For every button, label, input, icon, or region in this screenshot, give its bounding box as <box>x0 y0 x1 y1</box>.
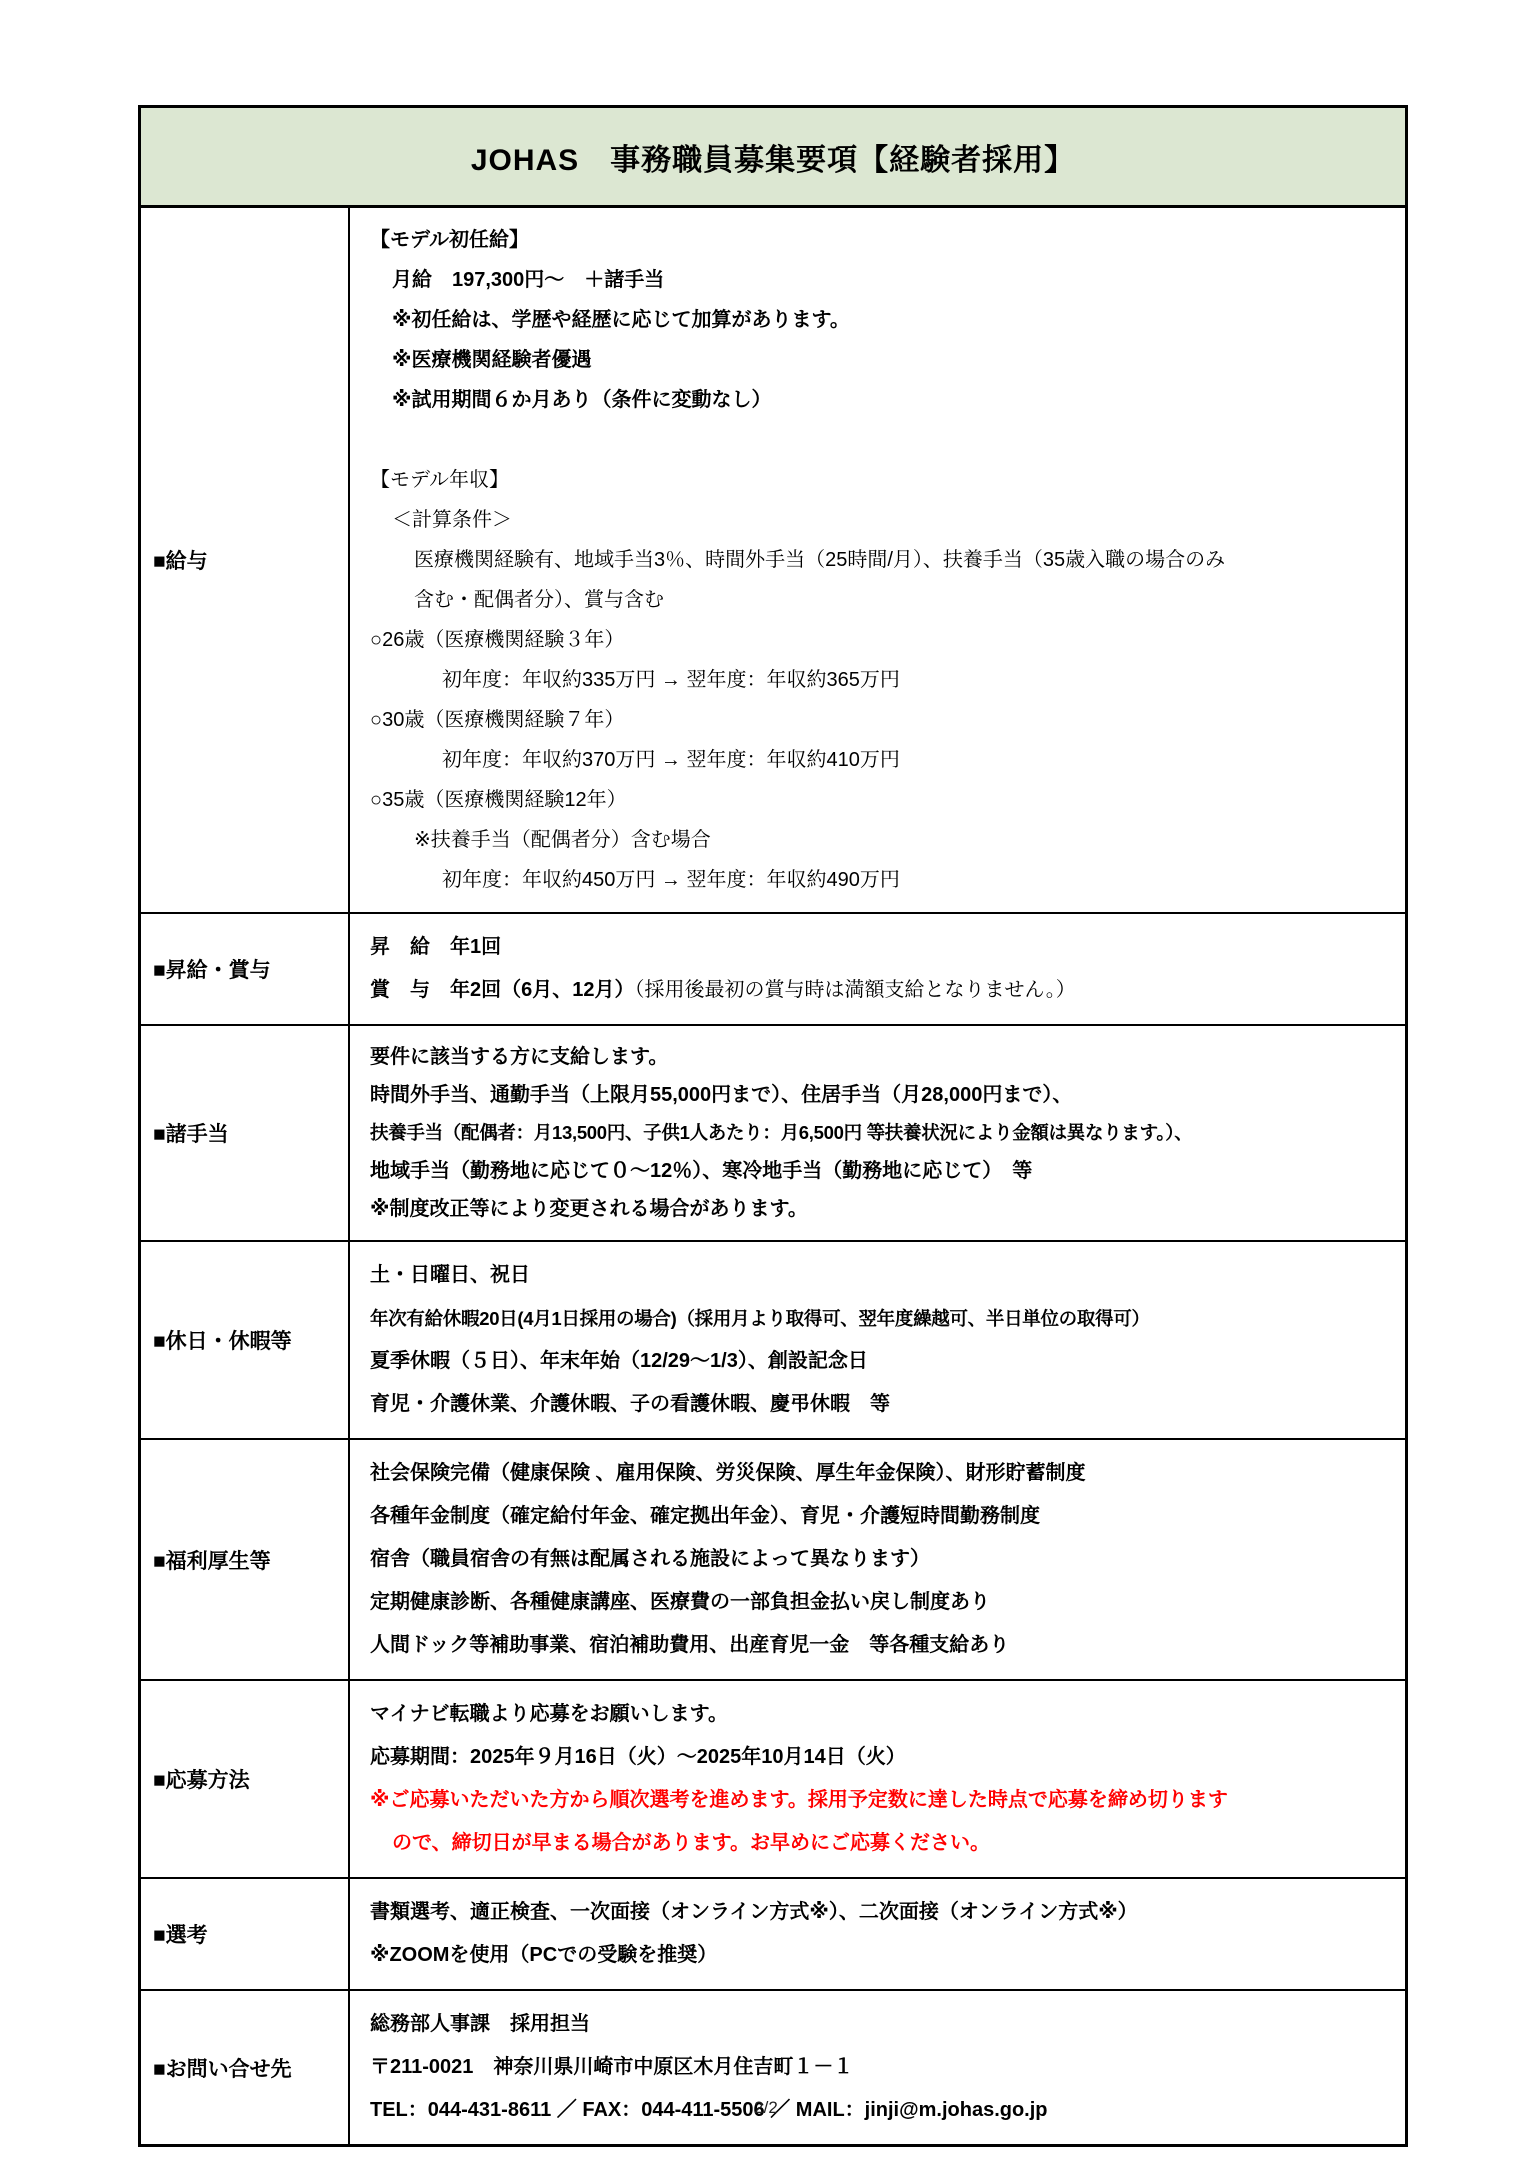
text-line: 定期健康診断、各種健康講座、医療費の一部負担金払い戻し制度あり <box>370 1581 1389 1624</box>
row-label-text: ■お問い合せ先 <box>153 2053 292 2083</box>
row-content-allowances: 要件に該当する方に支給します。 時間外手当、通勤手当（上限月55,000円まで）… <box>350 1026 1405 1240</box>
text-line: 土・日曜日、祝日 <box>370 1254 1389 1297</box>
row-label-how-to-apply: ■応募方法 <box>141 1681 350 1877</box>
row-selection: ■選考 書類選考、適正検査、一次面接（オンライン方式※）、二次面接（オンライン方… <box>141 1879 1405 1991</box>
text-line: 年次有給休暇20日(4月1日採用の場合)（採用月より取得可、翌年度繰越可、半日単… <box>370 1297 1389 1340</box>
text-line: 応募期間：2025年９月16日（火）～2025年10月14日（火） <box>370 1736 1389 1779</box>
row-content-selection: 書類選考、適正検査、一次面接（オンライン方式※）、二次面接（オンライン方式※） … <box>350 1879 1405 1989</box>
text-line: ○30歳（医療機関経験７年） <box>370 700 1389 740</box>
text-line: 扶養手当（配偶者：月13,500円、子供1人あたり：月6,500円 等扶養状況に… <box>370 1114 1389 1152</box>
text-line: 育児・介護休業、介護休暇、子の看護休暇、慶弔休暇 等 <box>370 1383 1389 1426</box>
row-contact: ■お問い合せ先 総務部人事課 採用担当 〒211-0021 神奈川県川崎市中原区… <box>141 1991 1405 2144</box>
row-label-text: ■給与 <box>153 545 208 575</box>
row-label-raise-bonus: ■昇給・賞与 <box>141 914 350 1024</box>
document-title: JOHAS 事務職員募集要項【経験者採用】 <box>471 135 1075 179</box>
row-how-to-apply: ■応募方法 マイナビ転職より応募をお願いします。 応募期間：2025年９月16日… <box>141 1681 1405 1879</box>
row-label-text: ■選考 <box>153 1919 208 1949</box>
row-content-raise-bonus: 昇 給 年1回 賞 与 年2回（6月、12月）（採用後最初の賞与時は満額支給とな… <box>350 914 1405 1024</box>
text-line: 初年度：年収約450万円 → 翌年度：年収約490万円 <box>370 860 1389 900</box>
row-label-holidays: ■休日・休暇等 <box>141 1242 350 1438</box>
row-label-selection: ■選考 <box>141 1879 350 1989</box>
text-line: 賞 与 年2回（6月、12月）（採用後最初の賞与時は満額支給となりません。） <box>370 969 1389 1012</box>
text-line: 初年度：年収約370万円 → 翌年度：年収約410万円 <box>370 740 1389 780</box>
row-content-contact: 総務部人事課 採用担当 〒211-0021 神奈川県川崎市中原区木月住吉町１－１… <box>350 1991 1405 2144</box>
text-line: 人間ドック等補助事業、宿泊補助費用、出産育児一金 等各種支給あり <box>370 1624 1389 1667</box>
text-line: 月給 197,300円～ ＋諸手当 <box>370 260 1389 300</box>
row-label-text: ■応募方法 <box>153 1764 250 1794</box>
text-line: ＜計算条件＞ <box>370 500 1389 540</box>
text-line: 〒211-0021 神奈川県川崎市中原区木月住吉町１－１ <box>370 2046 1389 2089</box>
row-content-holidays: 土・日曜日、祝日 年次有給休暇20日(4月1日採用の場合)（採用月より取得可、翌… <box>350 1242 1405 1438</box>
text-line: ※試用期間６か月あり（条件に変動なし） <box>370 380 1389 420</box>
bonus-times-text: 賞 与 年2回（6月、12月） <box>370 979 635 1001</box>
row-welfare: ■福利厚生等 社会保険完備（健康保険 、雇用保険、労災保険、厚生年金保険）、財形… <box>141 1440 1405 1681</box>
text-line: 各種年金制度（確定給付年金、確定拠出年金）、育児・介護短時間勤務制度 <box>370 1495 1389 1538</box>
text-line: 【モデル年収】 <box>370 460 1389 500</box>
row-label-text: ■諸手当 <box>153 1118 229 1148</box>
text-line: 宿舎（職員宿舎の有無は配属される施設によって異なります） <box>370 1538 1389 1581</box>
text-line: 夏季休暇（５日）、年末年始（12/29～1/3）、創設記念日 <box>370 1340 1389 1383</box>
text-line: 社会保険完備（健康保険 、雇用保険、労災保険、厚生年金保険）、財形貯蓄制度 <box>370 1452 1389 1495</box>
row-holidays: ■休日・休暇等 土・日曜日、祝日 年次有給休暇20日(4月1日採用の場合)（採用… <box>141 1242 1405 1440</box>
row-label-contact: ■お問い合せ先 <box>141 1991 350 2144</box>
row-content-salary: 【モデル初任給】 月給 197,300円～ ＋諸手当 ※初任給は、学歴や経歴に応… <box>350 208 1405 912</box>
text-line: 医療機関経験有、地域手当3％、時間外手当（25時間/月）、扶養手当（35歳入職の… <box>370 540 1389 580</box>
row-label-allowances: ■諸手当 <box>141 1026 350 1240</box>
text-line: 初年度：年収約335万円 → 翌年度：年収約365万円 <box>370 660 1389 700</box>
text-line: 総務部人事課 採用担当 <box>370 2003 1389 2046</box>
text-line: ※ZOOMを使用（PCでの受験を推奨） <box>370 1934 1389 1977</box>
document-page: JOHAS 事務職員募集要項【経験者採用】 ■給与 【モデル初任給】 月給 19… <box>0 0 1532 2166</box>
page-number: 2/2 <box>0 2098 1532 2118</box>
text-line: 要件に該当する方に支給します。 <box>370 1038 1389 1076</box>
text-line: 地域手当（勤務地に応じて０～12％）、寒冷地手当（勤務地に応じて） 等 <box>370 1152 1389 1190</box>
bonus-note-text: （採用後最初の賞与時は満額支給となりません。） <box>635 979 1076 1001</box>
row-label-text: ■昇給・賞与 <box>153 954 271 984</box>
alert-text-line: ※ご応募いただいた方から順次選考を進めます。採用予定数に達した時点で応募を締め切… <box>370 1779 1389 1822</box>
row-label-welfare: ■福利厚生等 <box>141 1440 350 1679</box>
text-line: ○26歳（医療機関経験３年） <box>370 620 1389 660</box>
alert-text-line: ので、締切日が早まる場合があります。お早めにご応募ください。 <box>370 1822 1389 1865</box>
row-content-how-to-apply: マイナビ転職より応募をお願いします。 応募期間：2025年９月16日（火）～20… <box>350 1681 1405 1877</box>
row-raise-bonus: ■昇給・賞与 昇 給 年1回 賞 与 年2回（6月、12月）（採用後最初の賞与時… <box>141 914 1405 1026</box>
row-allowances: ■諸手当 要件に該当する方に支給します。 時間外手当、通勤手当（上限月55,00… <box>141 1026 1405 1242</box>
text-line: マイナビ転職より応募をお願いします。 <box>370 1693 1389 1736</box>
text-line: 含む・配偶者分）、賞与含む <box>370 580 1389 620</box>
row-salary: ■給与 【モデル初任給】 月給 197,300円～ ＋諸手当 ※初任給は、学歴や… <box>141 208 1405 914</box>
row-label-text: ■休日・休暇等 <box>153 1325 292 1355</box>
row-content-welfare: 社会保険完備（健康保険 、雇用保険、労災保険、厚生年金保険）、財形貯蓄制度 各種… <box>350 1440 1405 1679</box>
spacer-line <box>370 420 1389 460</box>
text-line: 昇 給 年1回 <box>370 926 1389 969</box>
text-line: 【モデル初任給】 <box>370 220 1389 260</box>
text-line: ※制度改正等により変更される場合があります。 <box>370 1190 1389 1228</box>
row-label-text: ■福利厚生等 <box>153 1545 271 1575</box>
text-line: ○35歳（医療機関経験12年） <box>370 780 1389 820</box>
text-line: ※医療機関経験者優遇 <box>370 340 1389 380</box>
row-label-salary: ■給与 <box>141 208 350 912</box>
document-title-bar: JOHAS 事務職員募集要項【経験者採用】 <box>141 108 1405 208</box>
recruitment-table: JOHAS 事務職員募集要項【経験者採用】 ■給与 【モデル初任給】 月給 19… <box>138 105 1408 2147</box>
text-line: 時間外手当、通勤手当（上限月55,000円まで）、住居手当（月28,000円まで… <box>370 1076 1389 1114</box>
text-line: ※扶養手当（配偶者分）含む場合 <box>370 820 1389 860</box>
text-line: ※初任給は、学歴や経歴に応じて加算があります。 <box>370 300 1389 340</box>
text-line: 書類選考、適正検査、一次面接（オンライン方式※）、二次面接（オンライン方式※） <box>370 1891 1389 1934</box>
